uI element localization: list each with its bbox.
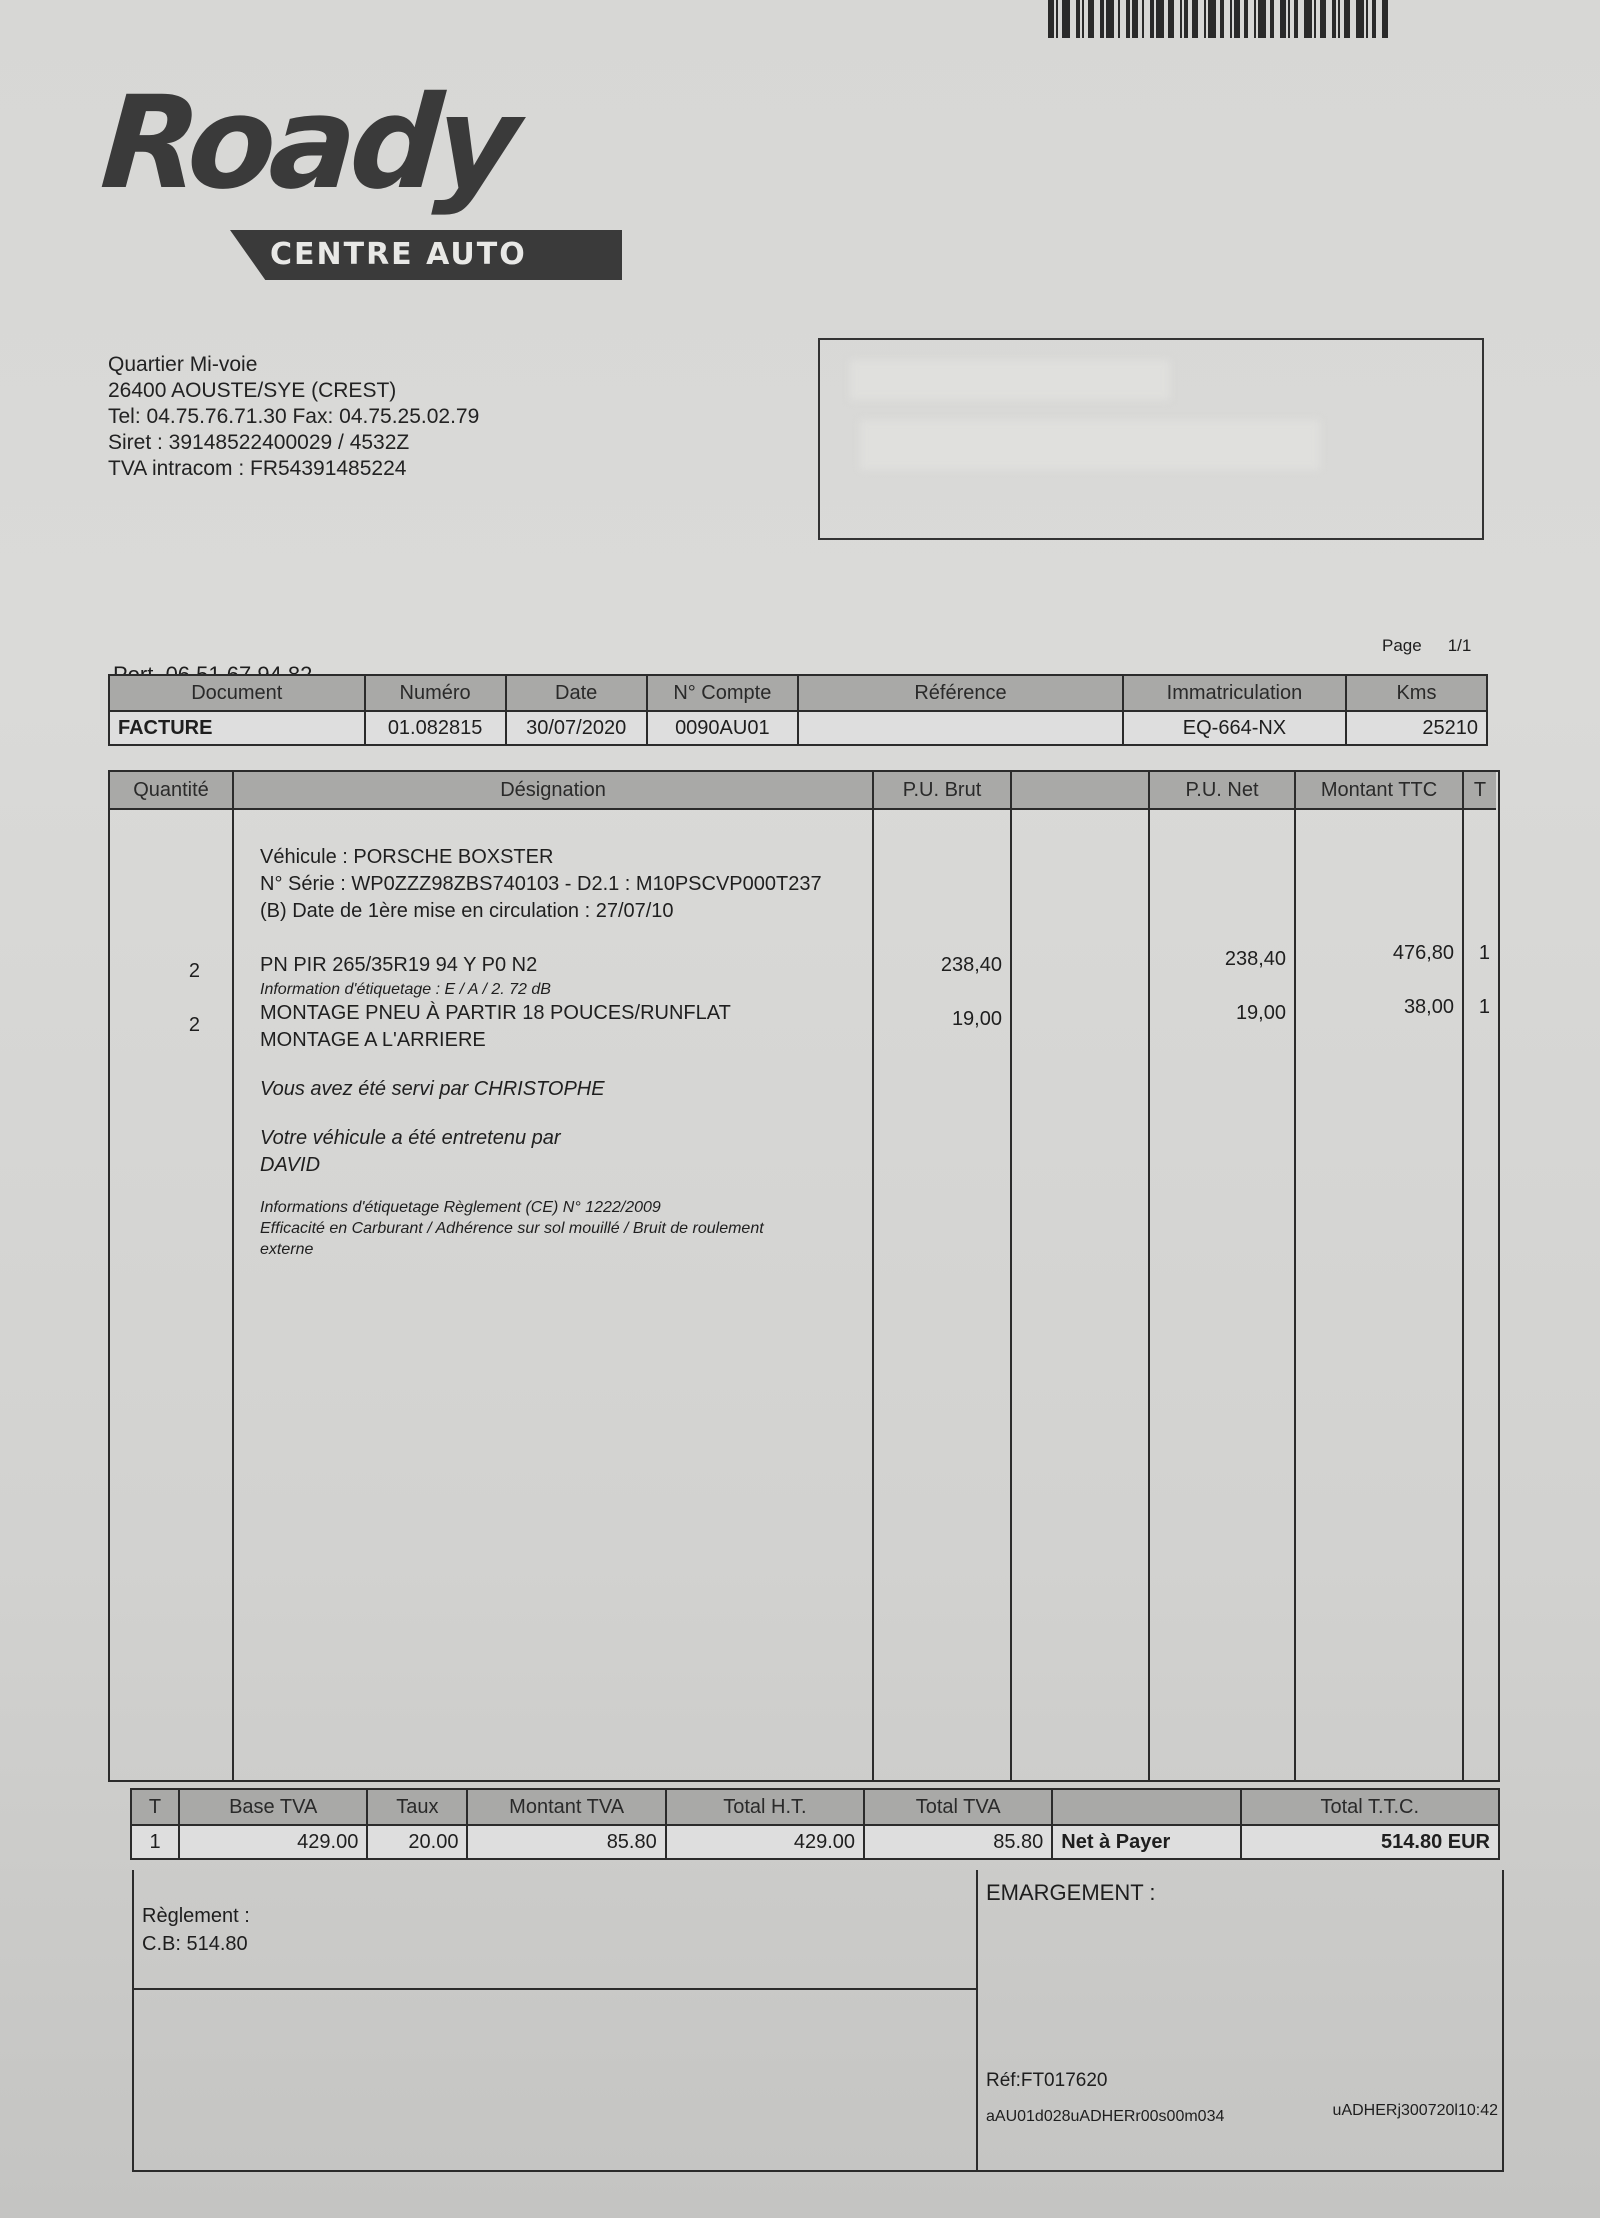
col-document: Document	[109, 675, 365, 711]
item-2-pu-net: 19,00	[1150, 1002, 1286, 1025]
line-items-table: Quantité Désignation P.U. Brut P.U. Net …	[108, 770, 1500, 1782]
vat-amount: 85.80	[467, 1825, 665, 1859]
page-label: Page	[1382, 636, 1422, 655]
item-2-pu-brut: 19,00	[874, 1008, 1002, 1031]
col-designation: Désignation	[234, 772, 874, 808]
total-ttc: 514.80 EUR	[1241, 1825, 1499, 1859]
page-value: 1/1	[1448, 636, 1472, 655]
col-blank	[1012, 772, 1150, 808]
item-2-detail: MONTAGE A L'ARRIERE	[260, 1027, 880, 1054]
mileage: 25210	[1346, 711, 1487, 745]
tracking-code-right: uADHERj300720l10:42	[1333, 2102, 1498, 2120]
payment-label: Règlement :	[142, 1902, 250, 1930]
document-header-table: Document Numéro Date N° Compte Référence…	[108, 674, 1488, 746]
company-address: Quartier Mi-voie 26400 AOUSTE/SYE (CREST…	[108, 352, 479, 482]
item-2-montant-ttc: 38,00	[1296, 996, 1454, 1019]
col-compte: N° Compte	[647, 675, 798, 711]
col-taux: Taux	[367, 1789, 467, 1825]
item-2-qty: 2	[110, 1014, 200, 1037]
logo-tagline: CENTRE AUTO	[270, 237, 527, 272]
document-type: FACTURE	[109, 711, 365, 745]
total-ht: 429.00	[666, 1825, 864, 1859]
tracking-code-left: aAU01d028uADHERr00s00m034	[986, 2108, 1224, 2126]
maintained-by-label: Votre véhicule a été entretenu par	[260, 1125, 880, 1152]
item-1-designation: PN PIR 265/35R19 94 Y P0 N2	[260, 952, 880, 979]
vat-code: 1	[131, 1825, 179, 1859]
barcode	[1048, 0, 1438, 38]
payment-block: Règlement : C.B: 514.80	[142, 1902, 250, 1958]
item-1-qty: 2	[110, 960, 200, 983]
col-reference: Référence	[798, 675, 1123, 711]
company-logo: Roady CENTRE AUTO	[102, 80, 622, 280]
license-plate: EQ-664-NX	[1123, 711, 1346, 745]
item-1-label-info: Information d'étiquetage : E / A / 2. 72…	[260, 979, 880, 1000]
redacted-area	[850, 360, 1170, 400]
item-2-designation: MONTAGE PNEU À PARTIR 18 POUCES/RUNFLAT	[260, 1000, 880, 1027]
internal-reference: Réf:FT017620	[986, 2070, 1107, 2092]
recipient-address-box	[818, 338, 1484, 540]
reference	[798, 711, 1123, 745]
col-pu-net: P.U. Net	[1150, 772, 1296, 808]
net-to-pay-label: Net à Payer	[1052, 1825, 1240, 1859]
invoice-date: 30/07/2020	[506, 711, 647, 745]
item-1-pu-net: 238,40	[1150, 948, 1286, 971]
col-total-ttc: Total T.T.C.	[1241, 1789, 1499, 1825]
address-line: 26400 AOUSTE/SYE (CREST)	[108, 378, 479, 404]
item-1-pu-brut: 238,40	[874, 954, 1002, 977]
vehicle-serial: N° Série : WP0ZZZ98ZBS740103 - D2.1 : M1…	[260, 871, 880, 898]
signature-label: EMARGEMENT :	[986, 1880, 1156, 1906]
col-pu-brut: P.U. Brut	[874, 772, 1012, 808]
phone-line: Tel: 04.75.76.71.30 Fax: 04.75.25.02.79	[108, 404, 479, 430]
col-kms: Kms	[1346, 675, 1487, 711]
vehicle-model: Véhicule : PORSCHE BOXSTER	[260, 844, 880, 871]
label-regulation: Informations d'étiquetage Règlement (CE)…	[260, 1197, 880, 1218]
vat-line: TVA intracom : FR54391485224	[108, 456, 479, 482]
served-by: Vous avez été servi par CHRISTOPHE	[260, 1076, 880, 1103]
col-blank	[1052, 1789, 1240, 1825]
redacted-area	[860, 420, 1320, 470]
account-number: 0090AU01	[647, 711, 798, 745]
col-total-ht: Total H.T.	[666, 1789, 864, 1825]
col-date: Date	[506, 675, 647, 711]
label-criteria-cont: externe	[260, 1239, 880, 1260]
col-t: T	[1464, 772, 1496, 808]
logo-brand: Roady	[98, 80, 519, 208]
vat-rate: 20.00	[367, 1825, 467, 1859]
total-tva: 85.80	[864, 1825, 1052, 1859]
invoice-page: Roady CENTRE AUTO Quartier Mi-voie 26400…	[0, 0, 1600, 2218]
col-immatriculation: Immatriculation	[1123, 675, 1346, 711]
siret-line: Siret : 39148522400029 / 4532Z	[108, 430, 479, 456]
maintained-by-name: DAVID	[260, 1152, 880, 1179]
line-items-description: Véhicule : PORSCHE BOXSTER N° Série : WP…	[260, 844, 880, 1260]
item-1-montant-ttc: 476,80	[1296, 942, 1454, 965]
col-montant-ttc: Montant TTC	[1296, 772, 1464, 808]
col-montant-tva: Montant TVA	[467, 1789, 665, 1825]
divider	[134, 1988, 976, 1990]
totals-table: T Base TVA Taux Montant TVA Total H.T. T…	[130, 1788, 1500, 1860]
label-criteria: Efficacité en Carburant / Adhérence sur …	[260, 1218, 880, 1239]
payment-value: C.B: 514.80	[142, 1930, 250, 1958]
col-t: T	[131, 1789, 179, 1825]
signature-box: EMARGEMENT : Réf:FT017620 aAU01d028uADHE…	[976, 1870, 1504, 2170]
payment-signature-section: Règlement : C.B: 514.80 EMARGEMENT : Réf…	[132, 1870, 1504, 2172]
invoice-number: 01.082815	[365, 711, 506, 745]
col-quantite: Quantité	[110, 772, 234, 808]
page-number: Page1/1	[1382, 636, 1471, 656]
col-total-tva: Total TVA	[864, 1789, 1052, 1825]
item-2-tax-code: 1	[1464, 996, 1490, 1019]
vehicle-first-registration: (B) Date de 1ère mise en circulation : 2…	[260, 898, 880, 925]
col-base-tva: Base TVA	[179, 1789, 367, 1825]
col-numero: Numéro	[365, 675, 506, 711]
address-line: Quartier Mi-voie	[108, 352, 479, 378]
base-tva: 429.00	[179, 1825, 367, 1859]
item-1-tax-code: 1	[1464, 942, 1490, 965]
